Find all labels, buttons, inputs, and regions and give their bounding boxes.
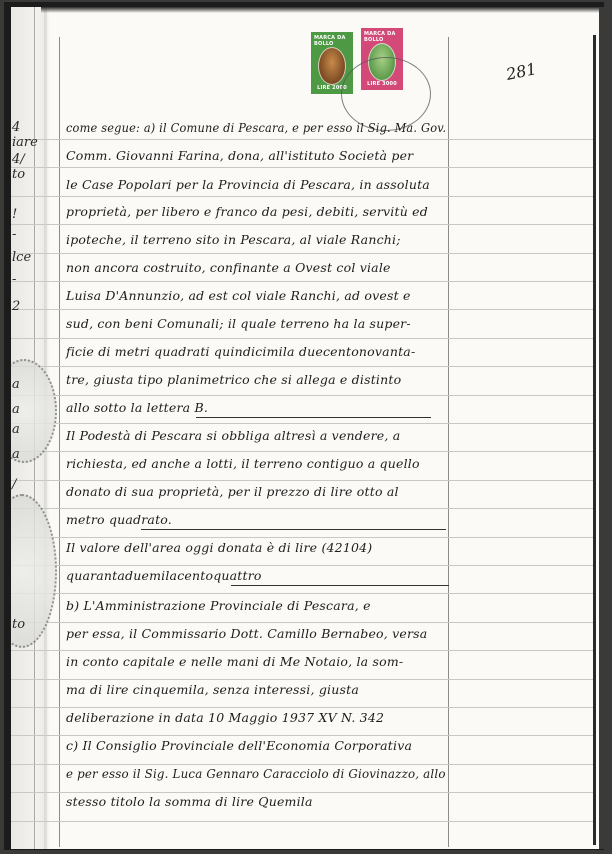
margin-note: 2 [12, 299, 20, 314]
margin-note: 4 [12, 120, 20, 135]
margin-note: a [12, 447, 20, 462]
page-edge-bar [593, 35, 596, 845]
ruled-line [11, 338, 593, 339]
handwritten-line: stesso titolo la somma di lire Quemila [66, 794, 446, 809]
handwritten-line: Il valore dell'area oggi donata è di lir… [66, 540, 446, 555]
handwritten-line: le Case Popolari per la Provincia di Pes… [66, 177, 446, 192]
handwritten-line: richiesta, ed anche a lotti, il terreno … [66, 456, 446, 471]
ruled-line [11, 253, 593, 254]
margin-note: to [12, 167, 25, 182]
ruled-line [11, 423, 593, 424]
top-shadow [41, 7, 601, 13]
ruled-line [11, 224, 593, 225]
ruled-line [11, 139, 593, 140]
handwritten-line: Comm. Giovanni Farina, dona, all'istitut… [66, 148, 446, 163]
handwritten-line: deliberazione in data 10 Maggio 1937 XV … [66, 710, 446, 725]
handwritten-line: in conto capitale e nelle mani di Me Not… [66, 654, 446, 669]
line-fill-dash [231, 585, 449, 586]
margin-note: to [12, 617, 25, 632]
ruled-line [11, 395, 593, 396]
ruled-line [11, 650, 593, 651]
handwritten-line: quarantaduemilacentoquattro [66, 568, 446, 583]
right-margin-line [448, 37, 449, 847]
ruled-line [11, 593, 593, 594]
ruled-line [11, 764, 593, 765]
portrait-icon [318, 47, 346, 85]
ruled-line [11, 309, 593, 310]
handwritten-line: proprietà, per libero e franco da pesi, … [66, 204, 446, 219]
page-number: 281 [504, 59, 538, 84]
ruled-line [11, 167, 593, 168]
handwritten-line: ipoteche, il terreno sito in Pescara, al… [66, 232, 446, 247]
handwritten-line: per essa, il Commissario Dott. Camillo B… [66, 626, 446, 641]
ruled-line [11, 735, 593, 736]
ruled-line [11, 707, 593, 708]
line-fill-dash [141, 529, 446, 530]
handwritten-line: Il Podestà di Pescara si obbliga altresì… [66, 428, 446, 443]
margin-note: / [12, 477, 16, 492]
handwritten-line: come segue: a) il Comune di Pescara, e p… [66, 120, 411, 135]
margin-note: ! [12, 207, 17, 222]
margin-note: a [12, 377, 20, 392]
ruled-line [11, 622, 593, 623]
handwritten-line: c) Il Consiglio Provinciale dell'Economi… [66, 738, 446, 753]
ruled-line [11, 537, 593, 538]
line-fill-dash [196, 417, 431, 418]
left-margin-line [59, 37, 60, 847]
handwritten-line: Luisa D'Annunzio, ad est col viale Ranch… [66, 288, 446, 303]
handwritten-line: ma di lire cinquemila, senza interessi, … [66, 682, 446, 697]
handwritten-line: allo sotto la lettera B. [66, 400, 446, 415]
ruled-line [11, 366, 593, 367]
right-scan-edge [599, 7, 605, 849]
handwritten-line: b) L'Amministrazione Provinciale di Pesc… [66, 598, 446, 613]
margin-note: - [12, 272, 16, 287]
margin-note: lce [12, 250, 31, 265]
handwritten-line: sud, con beni Comunali; il quale terreno… [66, 316, 446, 331]
scan-frame: MARCA DA BOLLO LIRE 2000 MARCA DA BOLLO … [4, 2, 604, 850]
margin-note: - [12, 227, 16, 242]
ruled-line [11, 480, 593, 481]
handwritten-line: ficie di metri quadrati quindicimila due… [66, 344, 446, 359]
stamp-header: MARCA DA BOLLO [364, 31, 400, 43]
handwritten-line: e per esso il Sig. Luca Gennaro Caraccio… [66, 766, 425, 781]
handwritten-line: metro quadrato. [66, 512, 446, 527]
margin-note: a [12, 422, 20, 437]
handwritten-line: non ancora costruito, confinante a Ovest… [66, 260, 446, 275]
ruled-line [11, 451, 593, 452]
ruled-line [11, 679, 593, 680]
ruled-line [11, 508, 593, 509]
ruled-line [11, 281, 593, 282]
ruled-line [11, 196, 593, 197]
document-page: MARCA DA BOLLO LIRE 2000 MARCA DA BOLLO … [11, 7, 605, 849]
handwritten-line: tre, giusta tipo planimetrico che si all… [66, 372, 446, 387]
margin-note: a [12, 402, 20, 417]
ruled-line [11, 565, 593, 566]
handwritten-line: donato di sua proprietà, per il prezzo d… [66, 484, 446, 499]
margin-note: 4/ [12, 152, 25, 167]
margin-note: iare [12, 135, 38, 150]
stamp-header: MARCA DA BOLLO [314, 35, 350, 47]
ruled-line [11, 821, 593, 822]
